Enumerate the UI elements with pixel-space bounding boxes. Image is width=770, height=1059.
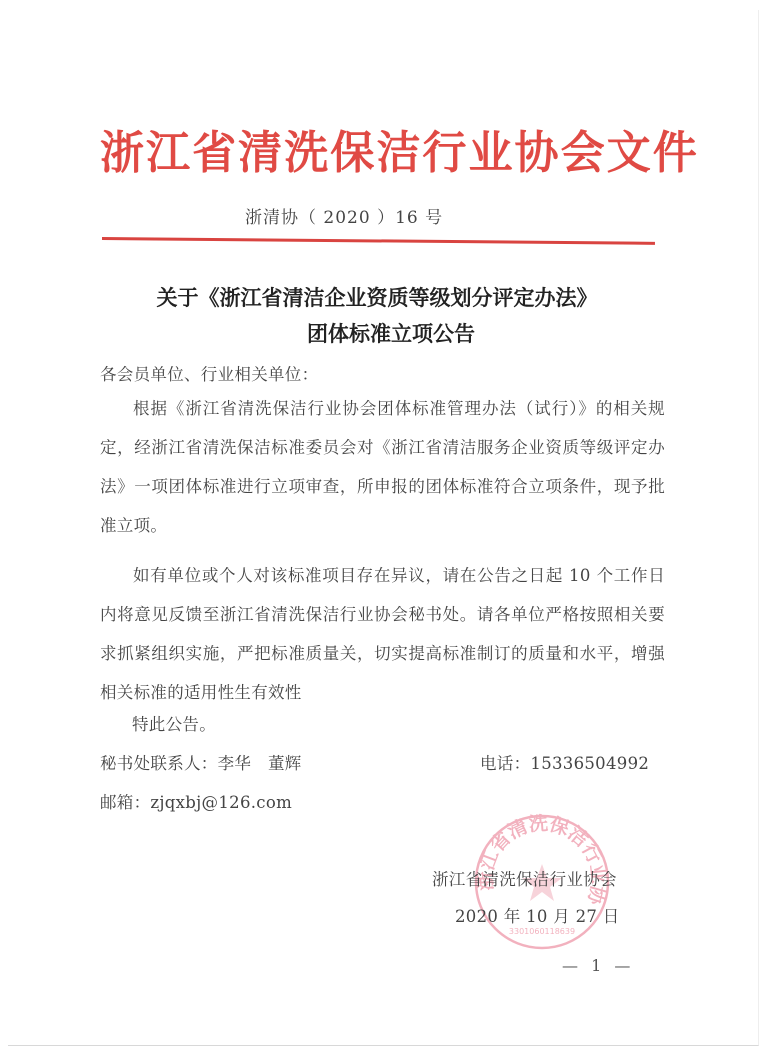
contact-phone: 电话：15336504992	[480, 744, 770, 783]
page-number: — 1 —	[562, 956, 634, 975]
document-number: 浙清协（ 2020 ）16 号	[245, 203, 443, 228]
body-paragraph-2: 如有单位或个人对该标准项目存在异议，请在公告之日起 10 个工作日内将意见反馈至…	[100, 556, 665, 712]
notice-title-line1: 关于《浙江省清洁企业资质等级划分评定办法》	[0, 282, 762, 312]
closing-text: 特此公告。	[132, 705, 692, 744]
body-paragraph-1: 根据《浙江省清洗保洁行业协会团体标准管理办法（试行）》的相关规定，经浙江省清洗保…	[100, 389, 665, 545]
signature-date: 2020 年 10 月 27 日	[455, 897, 770, 936]
signature-organization: 浙江省清洗保洁行业协会	[432, 860, 770, 899]
document-header-title: 浙江省清洗保洁行业协会文件	[100, 118, 619, 188]
notice-title-line2: 团体标准立项公告	[6, 318, 770, 348]
